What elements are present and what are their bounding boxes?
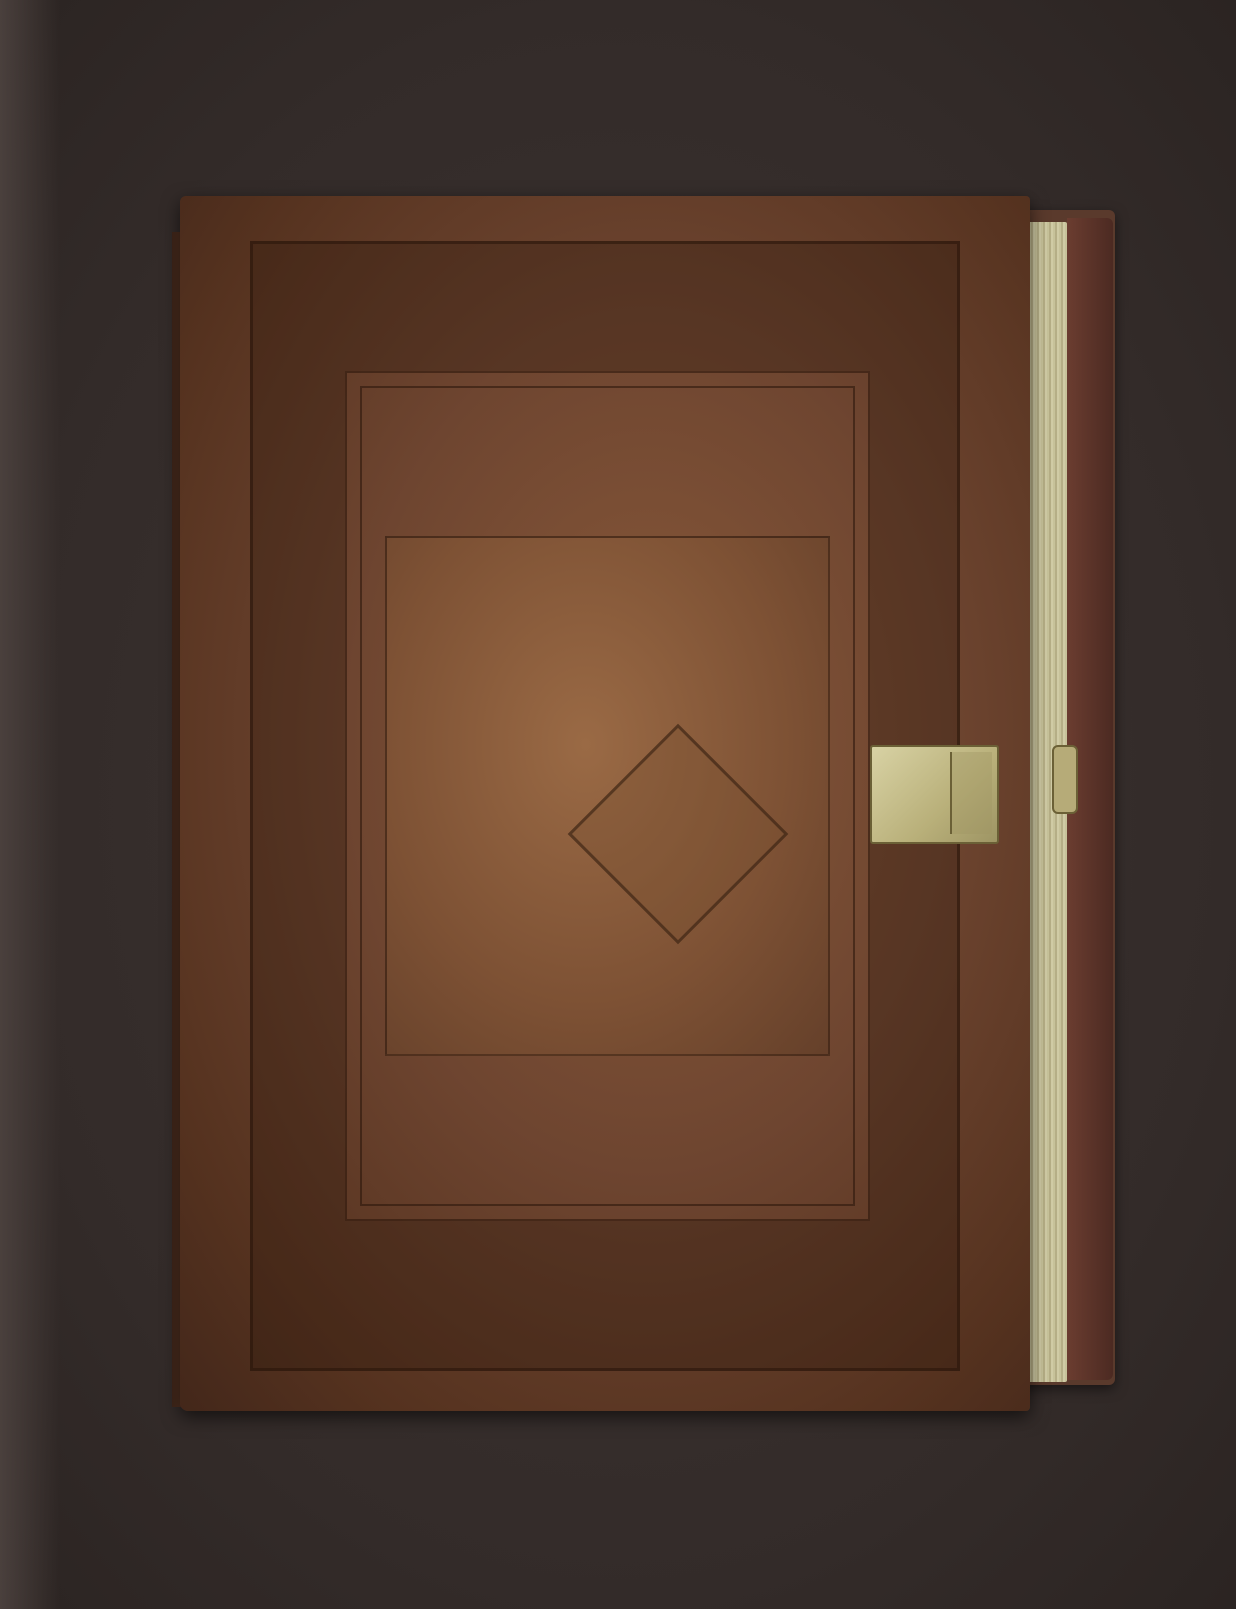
clasp-catch	[1052, 745, 1078, 814]
left-edge-shading	[0, 0, 60, 1609]
clasp-hinge	[950, 752, 992, 834]
